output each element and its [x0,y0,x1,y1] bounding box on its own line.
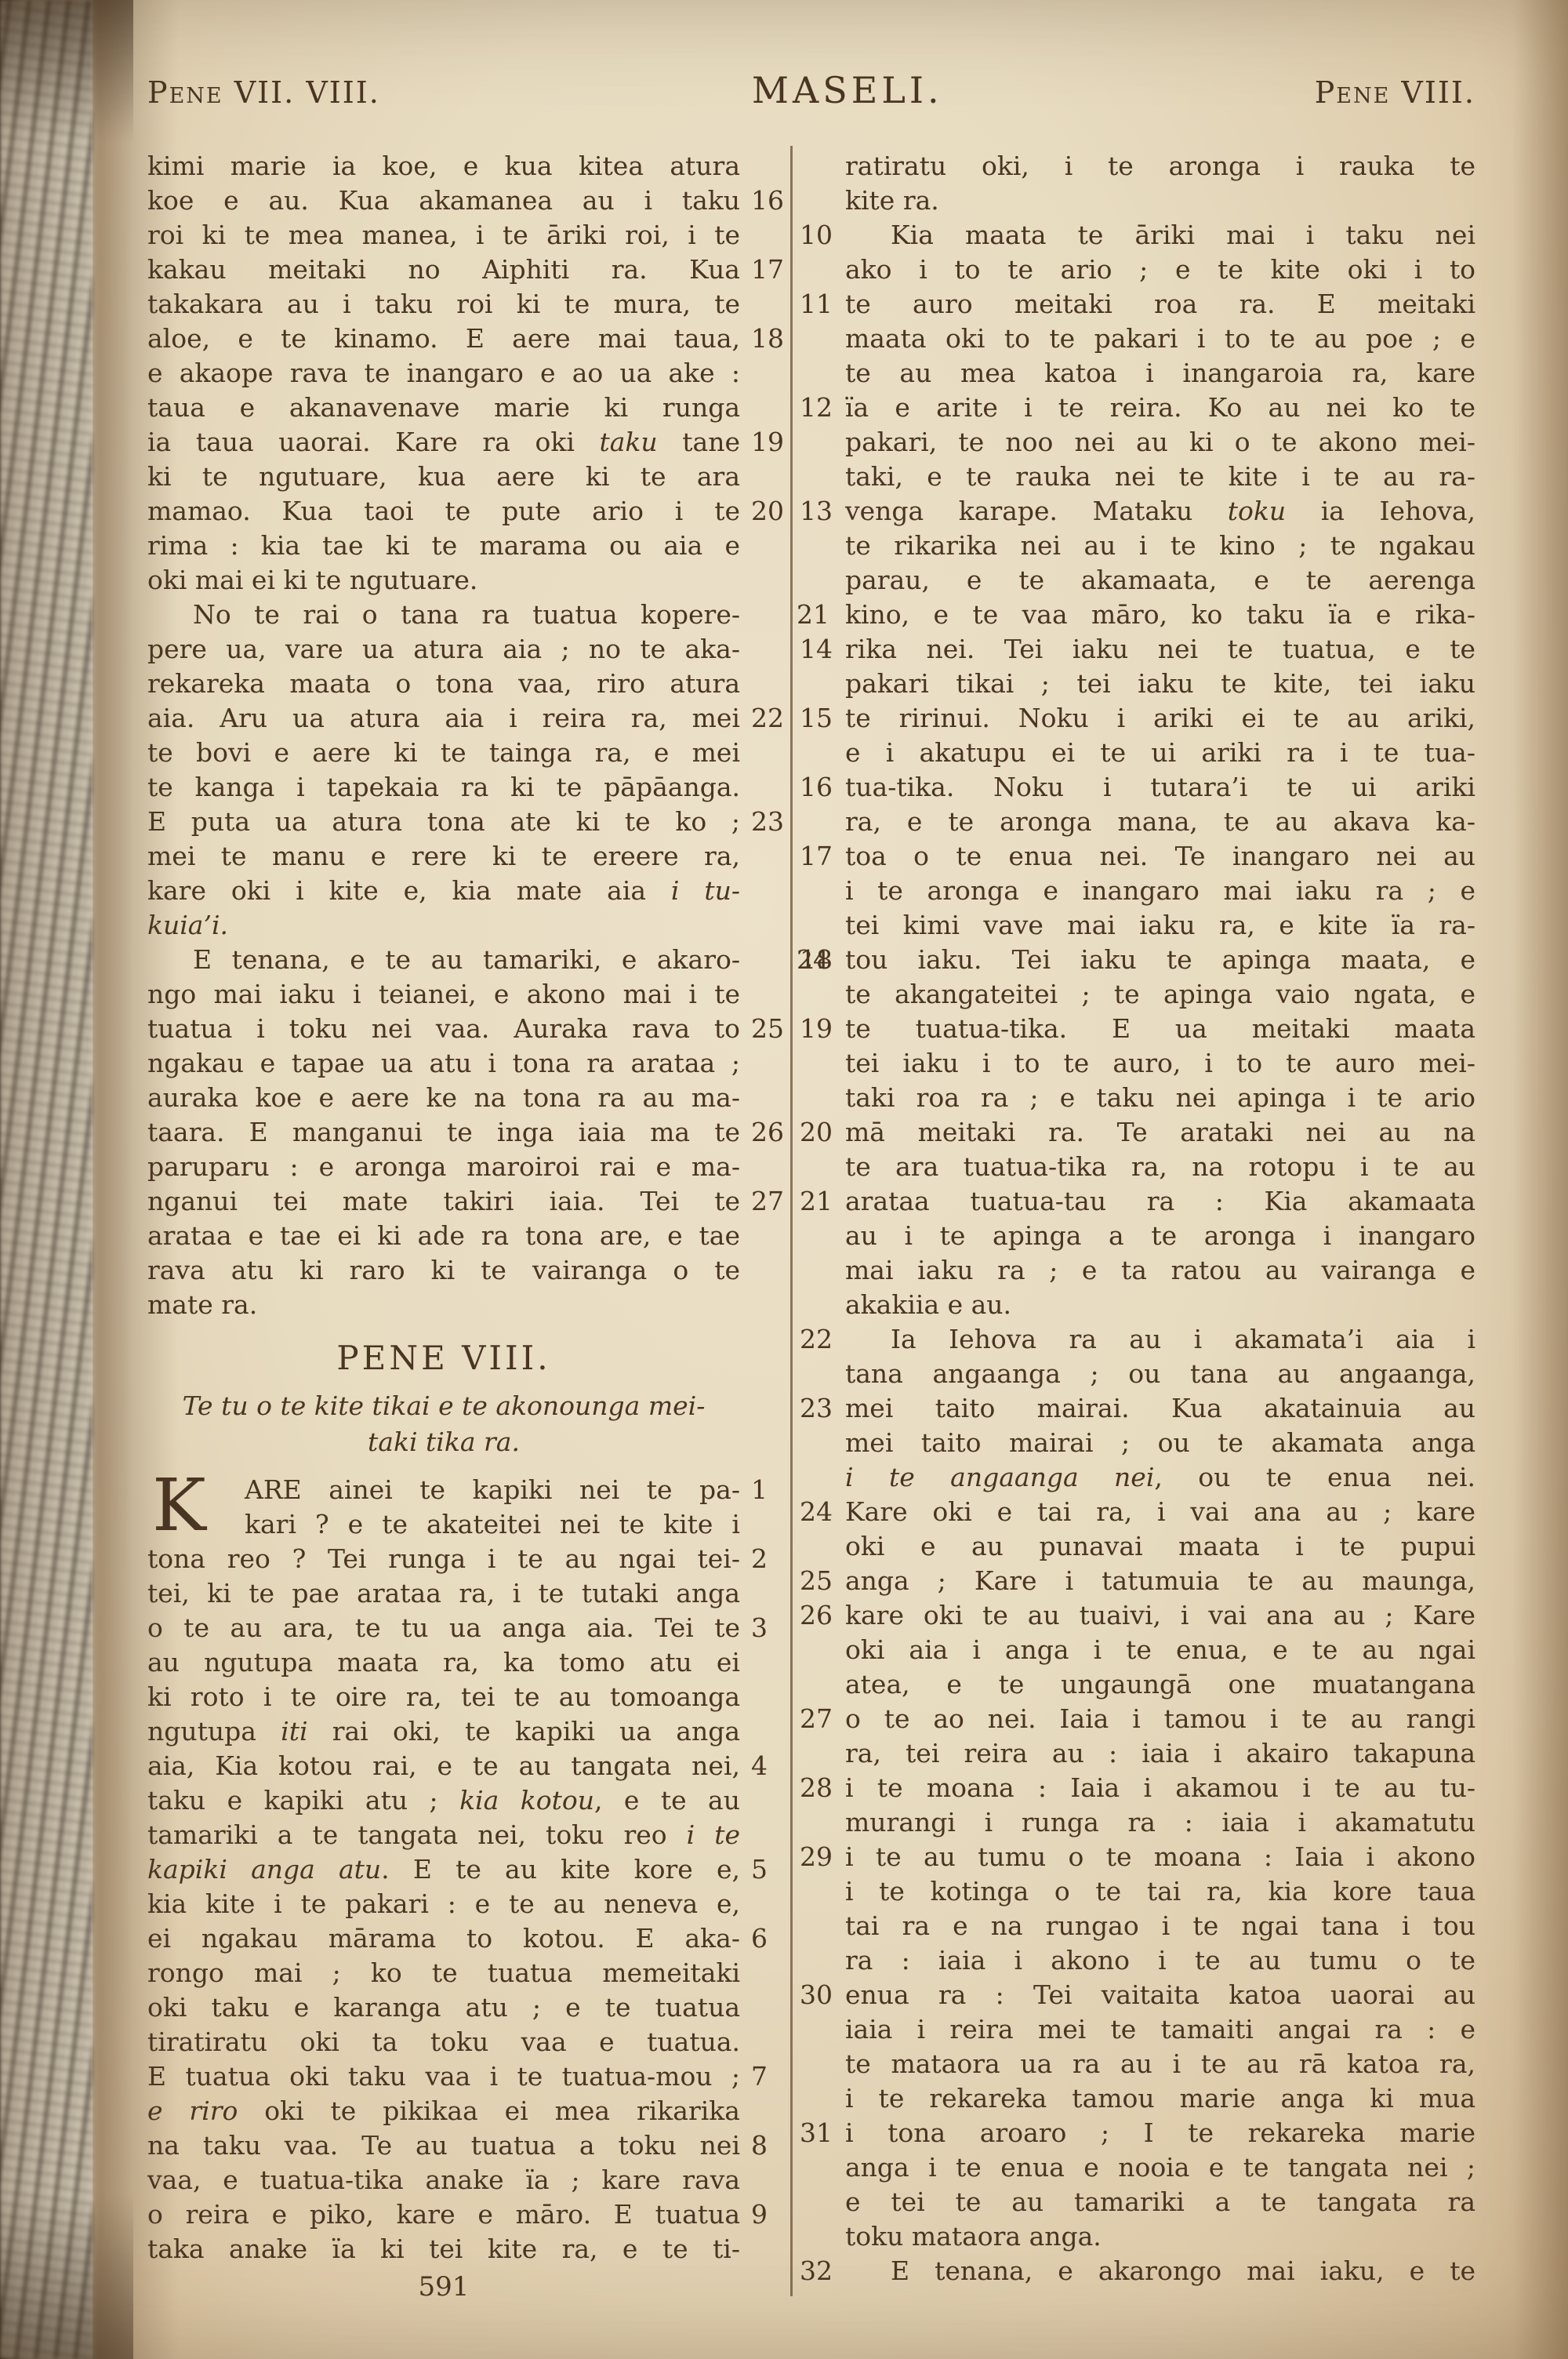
verse-text: kino, e te vaa māro, ko taku ïa e rika- [845,599,1475,630]
verse-line: rava atu ki raro ki te vairanga o te [147,1253,740,1288]
verse-line: pere ua, vare ua atura aia ; no te aka- [147,632,740,667]
verse-text: ïa e arite i te reira. Ko au nei ko te [845,392,1475,423]
verse-text: tona reo ? Tei runga i te au ngai tei- [147,1543,740,1574]
verse-line: au i te apinga a te aronga i inangaro [845,1219,1475,1253]
verse-line: mei te manu e rere ki te ereere ra, [147,839,740,874]
verse-line: oki taku e karanga atu ; e te tuatua [147,1990,740,2025]
verse-text: tiratiratu oki ta toku vaa e tuatua. [147,2026,740,2057]
left-column: kimi marie ia koe, e kua kitea aturakoe … [147,149,740,2266]
verse-text: ei ngakau mārama to kotou. E aka- [147,1923,740,1954]
verse-line: au ngutupa maata ra, ka tomo atu ei [147,1645,740,1680]
previous-page-text-blur [0,0,93,2359]
verse-line: ki roto i te oire ra, tei te au tomoanga [147,1680,740,1714]
verse-line: te rikarika nei au i te kino ; te ngakau [845,529,1475,563]
verse-text: tana angaanga ; ou tana au angaanga, [845,1358,1475,1389]
verse-line: arataa e tae ei ki ade ra tona are, e ta… [147,1219,740,1253]
verse-text: ki roto i te oire ra, tei te au tomoanga [147,1681,740,1712]
verse-line: aloe, e te kinamo. E aere mai taua,18 [147,322,740,356]
verse-number: 29 [800,1840,833,1874]
verse-text: pakari, te noo nei au ki o te akono mei- [845,427,1475,457]
verse-number: 17 [751,253,784,287]
verse-text: oki aia i anga i te enua, e te au ngai [845,1634,1475,1665]
verse-line: kakau meitaki no Aiphiti ra. Kua17 [147,253,740,287]
verse-number: 25 [751,1012,784,1046]
verse-text: murangi i runga ra : iaia i akamatutu [845,1807,1475,1837]
verse-text: E tenana, e akarongo mai iaku, e te [891,2255,1475,2286]
verse-line: oki aia i anga i te enua, e te au ngai [845,1633,1475,1667]
verse-line: toku mataora anga. [845,2219,1475,2254]
verse-text: anga ; Kare i tatumuia te au maunga, [845,1565,1475,1596]
verse-text: E puta ua atura tona ate ki te ko ; [147,806,740,837]
verse-text: o te ao nei. Iaia i tamou i te au rangi [845,1703,1475,1734]
verse-text: kakau meitaki no Aiphiti ra. Kua [147,254,740,285]
verse-text: tei kimi vave mai iaku ra, e kite ïa ra- [845,910,1475,940]
verse-text: rongo mai ; ko te tuatua memeitaki [147,1957,740,1988]
verse-line: te ririnui. Noku i ariki ei te au ariki,… [845,701,1475,736]
verse-text: mate ra. [147,1289,257,1320]
verse-text: i te angaanga nei, ou te enua nei. [845,1462,1475,1492]
verse-text: ngo mai iaku i teianei, e akono mai i te [147,979,740,1009]
verse-text: ki te ngutuare, kua aere ki te ara [147,461,740,492]
verse-line: e akaope rava te inangaro e ao ua ake : [147,356,740,391]
verse-number: 32 [754,2254,833,2288]
verse-line: o te au ara, te tu ua anga aia. Tei te3 [147,1611,740,1645]
book-title: MASELI. [752,69,943,111]
verse-line: mamao. Kua taoi te pute ario i te20 [147,494,740,529]
verse-text: iaia i reira mei te tamaiti angai ra : e [845,2014,1475,2045]
verse-line: iaia i reira mei te tamaiti angai ra : e [845,2012,1475,2047]
verse-number: 15 [800,701,833,736]
verse-text: aia, Kia kotou rai, e te au tangata nei, [147,1750,740,1781]
verse-line: kari ? e te akateitei nei te kite i [147,1507,740,1542]
verse-text: te au mea katoa i inangaroia ra, kare [845,358,1475,388]
book-gutter [0,0,133,2359]
verse-line: i te aronga e inangaro mai iaku ra ; e [845,874,1475,908]
verse-line: taku e kapiki atu ; kia kotou, e te au [147,1783,740,1818]
verse-text: rima : kia tae ki te marama ou aia e [147,530,740,561]
verse-line: toa o te enua nei. Te inangaro nei au17 [845,839,1475,874]
verse-line: kite ra. [845,184,1475,218]
verse-line: kimi marie ia koe, e kua kitea atura [147,149,740,184]
verse-line: e i akatupu ei te ui ariki ra i te tua- [845,736,1475,770]
verse-line: taara. E manganui te inga iaia ma te26 [147,1115,740,1150]
verse-number: 21 [751,598,829,632]
verse-text: koe e au. Kua akamanea au i taku [147,185,740,216]
verse-text: taki, e te rauka nei te kite i te au ra- [845,461,1475,492]
verse-text: aloe, e te kinamo. E aere mai taua, [147,323,740,354]
verse-line: na taku vaa. Te au tuatua a toku nei8 [147,2128,740,2163]
verse-line: parau, e te akamaata, e te aerenga [845,563,1475,598]
verse-number: 25 [800,1564,833,1598]
verse-number: 4 [751,1749,768,1783]
verse-text: o te au ara, te tu ua anga aia. Tei te [147,1612,740,1643]
verse-line: tuatua i toku nei vaa. Auraka rava to25 [147,1012,740,1046]
verse-text: No te rai o tana ra tuatua kopere- [193,599,740,630]
verse-text: taki roa ra ; e taku nei apinga i te ari… [845,1082,1475,1113]
verse-text: te bovi e aere ki te tainga ra, e mei [147,737,740,768]
verse-line: aia. Aru ua atura aia i reira ra, mei22 [147,701,740,736]
verse-line: auraka koe e aere ke na tona ra au ma- [147,1081,740,1115]
verse-line: taua e akanavenave marie ki runga [147,391,740,425]
verse-line: taki roa ra ; e taku nei apinga i te ari… [845,1081,1475,1115]
verse-line: rika nei. Tei iaku nei te tuatua, e te14 [845,632,1475,667]
verse-number: 20 [751,494,784,529]
verse-line: vaa, e tuatua-tika anake ïa ; kare rava [147,2163,740,2197]
verse-text: kimi marie ia koe, e kua kitea atura [147,151,740,181]
verse-line: tona reo ? Tei runga i te au ngai tei-2 [147,1542,740,1576]
verse-line: enua ra : Tei vaitaita katoa uaorai au30 [845,1978,1475,2012]
verse-line: taka anake ïa ki tei kite ra, e te ti- [147,2232,740,2266]
verse-text: o reira e piko, kare e māro. E tuatua [147,2199,740,2230]
verse-line: e riro oki te pikikaa ei mea rikarika [147,2094,740,2128]
verse-text: Ia Iehova ra au i akamata’i aia i [891,1324,1475,1354]
verse-line: roi ki te mea manea, i te āriki roi, i t… [147,218,740,253]
verse-line: te bovi e aere ki te tainga ra, e mei [147,736,740,770]
chapter-subtitle: Te tu o te kite tikai e te akonounga mei… [147,1388,740,1460]
verse-line: i te kotinga o te tai ra, kia kore taua [845,1874,1475,1909]
verse-number: 31 [800,2116,833,2150]
verse-text: oki taku e karanga atu ; e te tuatua [147,1992,740,2023]
verse-number: 26 [800,1598,833,1633]
verse-line: paruparu : e aronga maroiroi rai e ma- [147,1150,740,1184]
verse-line: No te rai o tana ra tuatua kopere-21 [147,598,740,632]
verse-text: kare oki i kite e, kia mate aia i tu- [147,875,740,906]
verse-text: Kia maata te āriki mai i taku nei [891,220,1475,250]
verse-text: e tei te au tamariki a te tangata ra [845,2186,1475,2217]
verse-text: te kanga i tapekaia ra ki te pāpāanga. [147,772,740,802]
verse-number: 6 [751,1921,768,1956]
verse-text: pakari tikai ; tei iaku te kite, tei iak… [845,668,1475,699]
verse-line: tei, ki te pae arataa ra, i te tutaki an… [147,1576,740,1611]
verse-line: rekareka maata o tona vaa, riro atura [147,667,740,701]
verse-text: mā meitaki ra. Te arataki nei au na [845,1117,1475,1147]
verse-number: 28 [800,1771,833,1805]
verse-line: te akangateitei ; te apinga vaio ngata, … [845,977,1475,1012]
verse-text: tamariki a te tangata nei, toku reo i te [147,1819,740,1850]
verse-text: E tenana, e te au tamariki, e akaro- [193,944,740,975]
verse-line: taki, e te rauka nei te kite i te au ra- [845,460,1475,494]
verse-number: 8 [751,2128,768,2163]
verse-text: tei iaku i to te auro, i to te auro mei- [845,1048,1475,1078]
verse-text: e akaope rava te inangaro e ao ua ake : [147,358,740,388]
chapter-heading: PENE VIII. [147,1336,740,1380]
verse-line: mate ra. [147,1288,740,1322]
verse-text: arataa tuatua-tau ra : Kia akamaata [845,1186,1475,1216]
verse-text: parau, e te akamaata, e te aerenga [845,565,1475,595]
verse-line: ia taua uaorai. Kare ra oki taku tane19 [147,425,740,460]
verse-text: i tona aroaro ; I te rekareka marie [845,2117,1475,2148]
verse-line: Ia Iehova ra au i akamata’i aia i22 [845,1322,1475,1357]
verse-line: tei kimi vave mai iaku ra, e kite ïa ra- [845,908,1475,943]
verse-text: te tuatua-tika. E ua meitaki maata [845,1013,1475,1044]
verse-text: kia kite i te pakari : e te au neneva e, [147,1888,740,1919]
verse-text: anga i te enua e nooia e te tangata nei … [845,2152,1475,2183]
verse-text: rava atu ki raro ki te vairanga o te [147,1255,740,1285]
verse-text: ra, e te aronga mana, te au akava ka- [845,806,1475,837]
verse-line: ei ngakau mārama to kotou. E aka-6 [147,1921,740,1956]
verse-line: mā meitaki ra. Te arataki nei au na20 [845,1115,1475,1150]
verse-number: 21 [800,1184,833,1219]
verse-text: mai iaku ra ; e ta ratou au vairanga e [845,1255,1475,1285]
verse-text: mamao. Kua taoi te pute ario i te [147,496,740,526]
verse-line: ngutupa iti rai oki, te kapiki ua anga [147,1714,740,1749]
verse-number: 19 [751,425,784,460]
verse-number: 20 [800,1115,833,1150]
verse-text: te ririnui. Noku i ariki ei te au ariki, [845,703,1475,733]
verse-line: Kare oki e tai ra, i vai ana au ; kare24 [845,1495,1475,1529]
verse-line: ki te ngutuare, kua aere ki te ara [147,460,740,494]
verse-text: Kare oki e tai ra, i vai ana au ; kare [845,1496,1475,1527]
verse-text: ia taua uaorai. Kare ra oki taku tane [147,427,740,457]
running-head-left: Pene VII. VIII. [147,75,380,110]
verse-number: 30 [800,1978,833,2012]
verse-line: i te moana : Iaia i akamou i te au tu-28 [845,1771,1475,1805]
verse-text: taua e akanavenave marie ki runga [147,392,740,423]
verse-text: kuia’i. [147,910,228,940]
verse-line: tamariki a te tangata nei, toku reo i te [147,1818,740,1852]
verse-text: ra, tei reira au : iaia i akairo takapun… [845,1738,1475,1768]
verse-line: tua-tika. Noku i tutara’i te ui ariki16 [845,770,1475,805]
chapter-subtitle-line: Te tu o te kite tikai e te akonounga mei… [147,1388,740,1424]
verse-text: taku e kapiki atu ; kia kotou, e te au [147,1785,740,1816]
verse-text: na taku vaa. Te au tuatua a toku nei [147,2130,740,2161]
verse-text: te mataora ua ra au i te au rā katoa ra, [845,2048,1475,2079]
page-number: 591 [147,2271,740,2303]
verse-text: oki e au punavai maata i te pupui [845,1531,1475,1561]
verse-text: i te rekareka tamou marie anga ki mua [845,2083,1475,2114]
verse-text: oki mai ei ki te ngutuare. [147,565,477,595]
verse-line: ra, e te aronga mana, te au akava ka- [845,805,1475,839]
verse-line: rongo mai ; ko te tuatua memeitaki [147,1956,740,1990]
verse-line: kia kite i te pakari : e te au neneva e, [147,1887,740,1921]
verse-line: kapiki anga atu. E te au kite kore e,5 [147,1852,740,1887]
verse-number: 18 [751,322,784,356]
verse-line: koe e au. Kua akamanea au i taku16 [147,184,740,218]
verse-text: mei taito mairai. Kua akatainuia au [845,1393,1475,1423]
verse-line: kare oki te au tuaivi, i vai ana au ; Ka… [845,1598,1475,1633]
verse-line: mai iaku ra ; e ta ratou au vairanga e [845,1253,1475,1288]
running-head-right: Pene VIII. [1315,75,1475,110]
verse-line: nganui tei mate takiri iaia. Tei te27 [147,1184,740,1219]
verse-line: kare oki i kite e, kia mate aia i tu- [147,874,740,908]
verse-number: 27 [751,1184,784,1219]
verse-line: te tuatua-tika. E ua meitaki maata19 [845,1012,1475,1046]
verse-number: 23 [800,1391,833,1426]
verse-text: E tuatua oki taku vaa i te tuatua-mou ; [147,2061,740,2092]
verse-text: ARE ainei te kapiki nei te pa- [245,1474,740,1505]
verse-line: Kia maata te āriki mai i taku nei10 [845,218,1475,253]
verse-line: anga ; Kare i tatumuia te au maunga,25 [845,1564,1475,1598]
verse-text: te rikarika nei au i te kino ; te ngakau [845,530,1475,561]
verse-line: atea, e te ungaungā one muatangana [845,1667,1475,1702]
verse-line: te mataora ua ra au i te au rā katoa ra, [845,2047,1475,2081]
verse-text: kite ra. [845,185,939,216]
verse-line: maata oki to te pakari i to te au poe ; … [845,322,1475,356]
verse-text: enua ra : Tei vaitaita katoa uaorai au [845,1979,1475,2010]
verse-line: oki e au punavai maata i te pupui [845,1529,1475,1564]
verse-text: rika nei. Tei iaku nei te tuatua, e te [845,634,1475,664]
verse-line: pakari, te noo nei au ki o te akono mei- [845,425,1475,460]
verse-text: te auro meitaki roa ra. E meitaki [845,289,1475,319]
verse-text: kari ? e te akateitei nei te kite i [245,1509,740,1539]
verse-text: tei, ki te pae arataa ra, i te tutaki an… [147,1578,740,1608]
verse-text: ratiratu oki, i te aronga i rauka te [845,151,1475,181]
verse-text: mei te manu e rere ki te ereere ra, [147,841,740,871]
page-right-edge [1513,0,1568,2359]
verse-number: 12 [800,391,833,425]
verse-number: 19 [800,1012,833,1046]
verse-line: mei taito mairai ; ou te akamata anga [845,1426,1475,1460]
verse-text: taara. E manganui te inga iaia ma te [147,1117,740,1147]
verse-number: 23 [751,805,784,839]
verse-text: atea, e te ungaungā one muatangana [845,1669,1475,1699]
verse-number: 17 [800,839,833,874]
verse-text: tai ra e na rungao i te ngai tana i tou [845,1910,1475,1941]
verse-number: 16 [751,184,784,218]
chapter-subtitle-line: taki tika ra. [147,1424,740,1460]
verse-line: kuia’i. [147,908,740,943]
verse-text: toku mataora anga. [845,2221,1102,2252]
verse-number: 22 [751,701,784,736]
verse-line: te au mea katoa i inangaroia ra, kare [845,356,1475,391]
book-page: Pene VII. VIII. MASELI. Pene VIII. kimi … [0,0,1568,2359]
verse-line: murangi i runga ra : iaia i akamatutu [845,1805,1475,1840]
verse-line: venga karape. Mataku toku ia Iehova,13 [845,494,1475,529]
verse-number: 13 [800,494,833,529]
running-head: Pene VII. VIII. MASELI. Pene VIII. [147,69,1475,111]
verse-line: aia, Kia kotou rai, e te au tangata nei,… [147,1749,740,1783]
verse-text: te ara tuatua-tika ra, na rotopu i te au [845,1151,1475,1182]
verse-line: ngo mai iaku i teianei, e akono mai i te [147,977,740,1012]
verse-text: ngutupa iti rai oki, te kapiki ua anga [147,1716,740,1747]
verse-text: au i te apinga a te aronga i inangaro [845,1220,1475,1251]
verse-line: E tenana, e te au tamariki, e akaro-24 [147,943,740,977]
verse-line: i tona aroaro ; I te rekareka marie31 [845,2116,1475,2150]
verse-text: arataa e tae ei ki ade ra tona are, e ta… [147,1220,740,1251]
verse-number: 3 [751,1611,768,1645]
verse-text: venga karape. Mataku toku ia Iehova, [845,496,1475,526]
verse-text: maata oki to te pakari i to te au poe ; … [845,323,1475,354]
verse-line: ako i to te ario ; e te kite oki i to [845,253,1475,287]
verse-text: i te aronga e inangaro mai iaku ra ; e [845,875,1475,906]
verse-line: ra, tei reira au : iaia i akairo takapun… [845,1736,1475,1771]
verse-number: 22 [754,1322,833,1357]
verse-text: toa o te enua nei. Te inangaro nei au [845,841,1475,871]
verse-text: ako i to te ario ; e te kite oki i to [845,254,1475,285]
verse-text: tuatua i toku nei vaa. Auraka rava to [147,1013,740,1044]
verse-line: tou iaku. Tei iaku te apinga maata, e18 [845,943,1475,977]
verse-text: kare oki te au tuaivi, i vai ana au ; Ka… [845,1600,1475,1630]
verse-line: rima : kia tae ki te marama ou aia e [147,529,740,563]
verse-line: kino, e te vaa māro, ko taku ïa e rika- [845,598,1475,632]
verse-text: paruparu : e aronga maroiroi rai e ma- [147,1151,740,1182]
verse-text: te akangateitei ; te apinga vaio ngata, … [845,979,1475,1009]
verse-line: takakara au i taku roi ki te mura, te [147,287,740,322]
verse-line: te auro meitaki roa ra. E meitaki11 [845,287,1475,322]
verse-line: te ara tuatua-tika ra, na rotopu i te au [845,1150,1475,1184]
verse-line: tana angaanga ; ou tana au angaanga, [845,1357,1475,1391]
verse-number: 5 [751,1852,768,1887]
verse-line: ra : iaia i akono i te au tumu o te [845,1943,1475,1978]
verse-text: rekareka maata o tona vaa, riro atura [147,668,740,699]
verse-number: 10 [754,218,833,253]
verse-number: 27 [800,1702,833,1736]
verse-text: nganui tei mate takiri iaia. Tei te [147,1186,740,1216]
verse-line: i te angaanga nei, ou te enua nei. [845,1460,1475,1495]
verse-text: roi ki te mea manea, i te āriki roi, i t… [147,220,740,250]
verse-text: ngakau e tapae ua atu i tona ra arataa ; [147,1048,740,1078]
verse-line: anga i te enua e nooia e te tangata nei … [845,2150,1475,2185]
verse-number: 7 [751,2059,768,2094]
verse-text: e i akatupu ei te ui ariki ra i te tua- [845,737,1475,768]
verse-text: vaa, e tuatua-tika anake ïa ; kare rava [147,2165,740,2195]
verse-line: KARE ainei te kapiki nei te pa-1 [147,1473,740,1507]
verse-text: tua-tika. Noku i tutara’i te ui ariki [845,772,1475,802]
verse-text: i te kotinga o te tai ra, kia kore taua [845,1876,1475,1906]
verse-line: ngakau e tapae ua atu i tona ra arataa ; [147,1046,740,1081]
verse-line: E tenana, e akarongo mai iaku, e te32 [845,2254,1475,2288]
verse-line: oki mai ei ki te ngutuare. [147,563,740,598]
verse-number: 9 [751,2197,768,2232]
verse-line: i te rekareka tamou marie anga ki mua [845,2081,1475,2116]
verse-text: au ngutupa maata ra, ka tomo atu ei [147,1647,740,1677]
verse-number: 2 [751,1542,768,1576]
verse-text: i te au tumu o te moana : Iaia i akono [845,1841,1475,1872]
verse-number: 1 [751,1473,768,1507]
verse-text: akakiia e au. [845,1289,1011,1320]
verse-number: 14 [800,632,833,667]
verse-line: ïa e arite i te reira. Ko au nei ko te12 [845,391,1475,425]
verse-line: akakiia e au. [845,1288,1475,1322]
verse-text: taka anake ïa ki tei kite ra, e te ti- [147,2234,740,2264]
verse-text: aia. Aru ua atura aia i reira ra, mei [147,703,740,733]
verse-line: te kanga i tapekaia ra ki te pāpāanga. [147,770,740,805]
verse-line: o reira e piko, kare e māro. E tuatua9 [147,2197,740,2232]
verse-text: mei taito mairai ; ou te akamata anga [845,1427,1475,1458]
verse-line: arataa tuatua-tau ra : Kia akamaata21 [845,1184,1475,1219]
verse-number: 24 [800,1495,833,1529]
verse-text: auraka koe e aere ke na tona ra au ma- [147,1082,740,1113]
verse-text: i te moana : Iaia i akamou i te au tu- [845,1772,1475,1803]
verse-line: tei iaku i to te auro, i to te auro mei- [845,1046,1475,1081]
verse-line: E tuatua oki taku vaa i te tuatua-mou ;7 [147,2059,740,2094]
verse-line: i te au tumu o te moana : Iaia i akono29 [845,1840,1475,1874]
right-column: ratiratu oki, i te aronga i rauka tekite… [845,149,1475,2288]
verse-number: 11 [800,287,833,322]
verse-line: pakari tikai ; tei iaku te kite, tei iak… [845,667,1475,701]
verse-number: 26 [751,1115,784,1150]
verse-text: takakara au i taku roi ki te mura, te [147,289,740,319]
verse-number: 16 [800,770,833,805]
verse-line: tiratiratu oki ta toku vaa e tuatua. [147,2025,740,2059]
verse-line: E puta ua atura tona ate ki te ko ;23 [147,805,740,839]
column-divider [790,146,793,2296]
verse-line: ratiratu oki, i te aronga i rauka te [845,149,1475,184]
verse-text: ra : iaia i akono i te au tumu o te [845,1945,1475,1976]
verse-line: o te ao nei. Iaia i tamou i te au rangi2… [845,1702,1475,1736]
verse-text: tou iaku. Tei iaku te apinga maata, e [845,944,1475,975]
verse-number: 18 [800,943,833,977]
verse-text: pere ua, vare ua atura aia ; no te aka- [147,634,740,664]
verse-text: kapiki anga atu. E te au kite kore e, [147,1854,740,1885]
verse-text: e riro oki te pikikaa ei mea rikarika [147,2095,740,2126]
verse-line: tai ra e na rungao i te ngai tana i tou [845,1909,1475,1943]
verse-line: e tei te au tamariki a te tangata ra [845,2185,1475,2219]
verse-line: mei taito mairai. Kua akatainuia au23 [845,1391,1475,1426]
